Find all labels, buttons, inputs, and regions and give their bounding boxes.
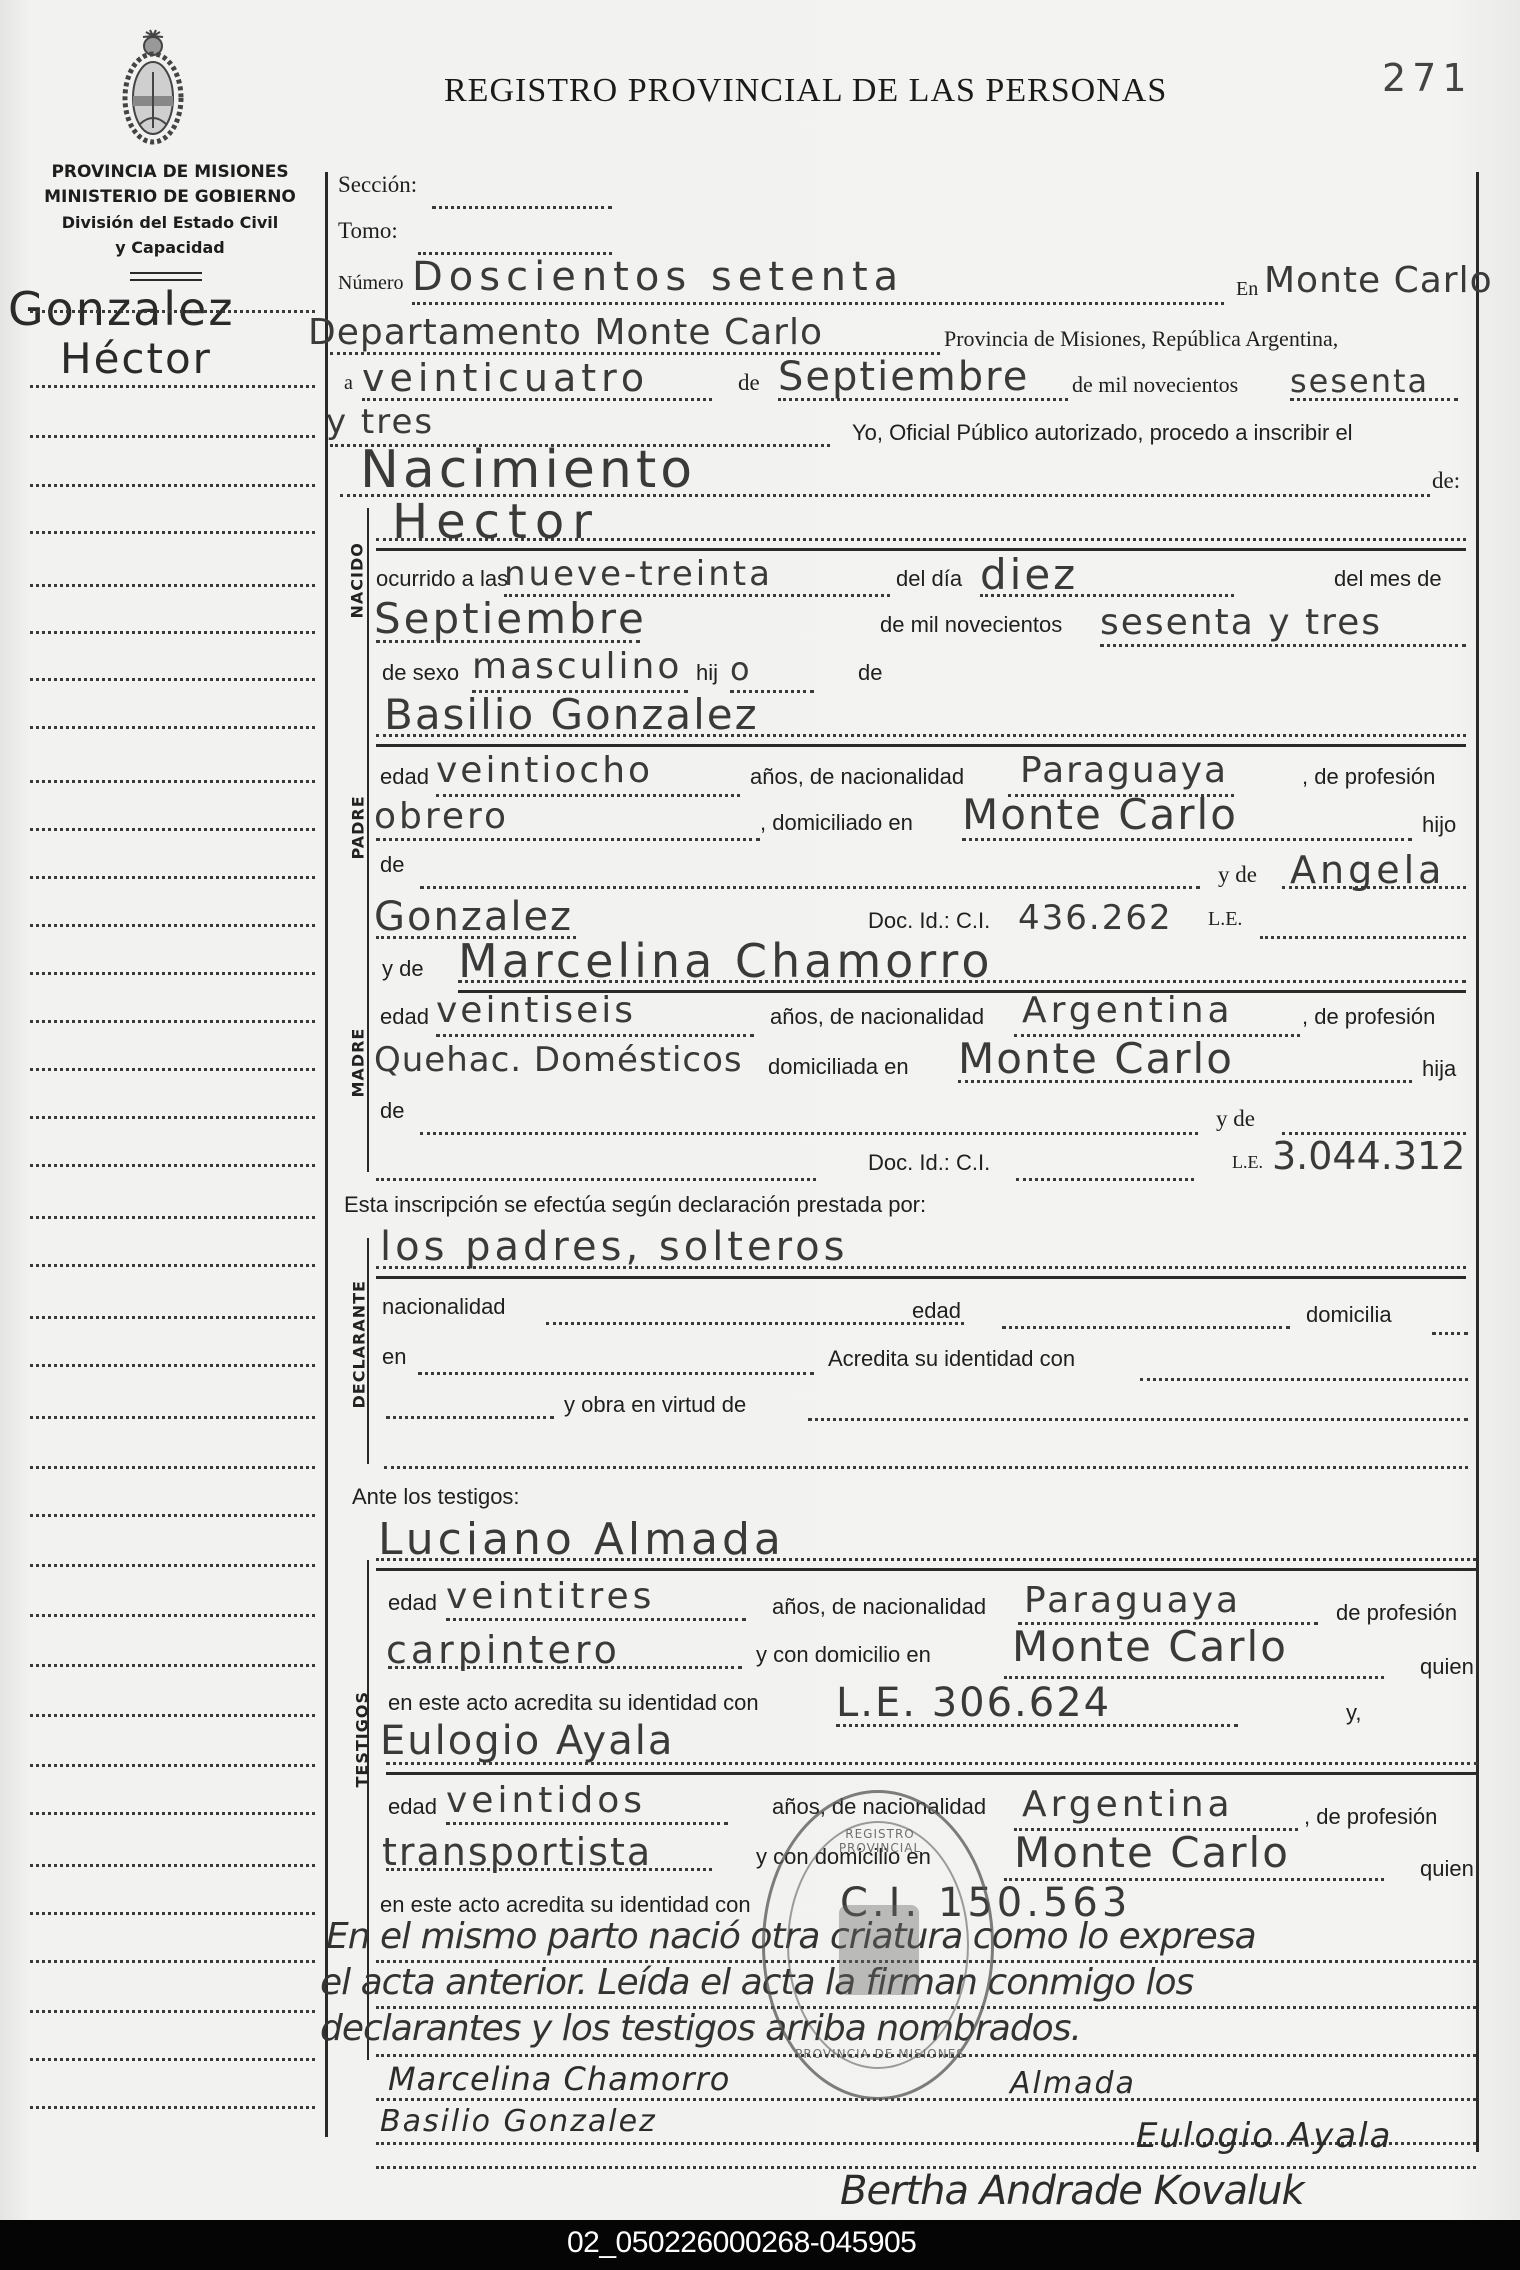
domiciliado-label: , domiciliado en xyxy=(760,810,913,836)
hora-value: nueve-treinta xyxy=(504,554,773,594)
scan-id: 02_050226000268-045905 xyxy=(567,2226,916,2260)
signature-basilio: Basilio Gonzalez xyxy=(380,2104,657,2139)
padre-nacionalidad-value: Paraguaya xyxy=(1020,750,1228,791)
numero-value: Doscientos setenta xyxy=(412,254,904,300)
organization-block: PROVINCIA DE MISIONES MINISTERIO DE GOBI… xyxy=(28,160,312,260)
testigo2-edad-value: veintidos xyxy=(446,1780,646,1821)
padre-edad-value: veintiocho xyxy=(436,750,653,791)
madre-profesion-value: Quehac. Domésticos xyxy=(374,1040,743,1080)
madre-nacionalidad-value: Argentina xyxy=(1022,990,1234,1031)
declarante-acredita-field[interactable] xyxy=(1140,1378,1468,1381)
declarante-nacionalidad-label: nacionalidad xyxy=(382,1294,506,1320)
madre-le-label: L.E. xyxy=(1232,1152,1263,1173)
declarante-edad-field[interactable] xyxy=(1002,1326,1290,1329)
testigo1-nacionalidad-value: Paraguaya xyxy=(1024,1580,1241,1621)
signature-official: Bertha Andrade Kovaluk xyxy=(840,2168,1304,2214)
nacido-mil-label: de mil novecientos xyxy=(880,612,1062,638)
declarante-intro: Esta inscripción se efectúa según declar… xyxy=(344,1192,926,1218)
declarante-domicilia-label: domicilia xyxy=(1306,1302,1392,1328)
padre-y-de-label: y de xyxy=(1218,862,1257,888)
declarante-nacionalidad-field[interactable] xyxy=(546,1322,964,1325)
de-label: de xyxy=(738,370,760,396)
anio-value-1: sesenta xyxy=(1290,362,1429,400)
madre-de-label: de xyxy=(380,1098,404,1124)
testigo1-anios-label: años, de nacionalidad xyxy=(772,1594,986,1620)
a-label: a xyxy=(344,372,353,395)
seccion-field[interactable] xyxy=(432,206,612,209)
declarante-obra-label: y obra en virtud de xyxy=(564,1392,746,1418)
nacido-anio-value: sesenta y tres xyxy=(1100,602,1382,643)
testigos-intro: Ante los testigos: xyxy=(352,1484,520,1510)
testigo2-nacionalidad-value: Argentina xyxy=(1022,1784,1234,1825)
madre-y-de-label: y de xyxy=(382,956,424,982)
madre-anios-label: años, de nacionalidad xyxy=(770,1004,984,1030)
nacido-section-label: NACIDO xyxy=(348,549,367,619)
en-value: Monte Carlo xyxy=(1264,260,1493,301)
declarante-value: los padres, solteros xyxy=(380,1224,848,1270)
testigo2-name: Eulogio Ayala xyxy=(380,1718,674,1764)
testigo1-edad-label: edad xyxy=(388,1590,437,1616)
ocurrido-label: ocurrido a las xyxy=(376,566,508,592)
margin-surname: Gonzalez xyxy=(8,282,235,336)
padre-profesion-value: obrero xyxy=(374,796,509,837)
acto-value: Nacimiento xyxy=(360,440,696,500)
nacido-de-label: de xyxy=(858,660,882,686)
testigo1-id-value: L.E. 306.624 xyxy=(836,1680,1111,1726)
oficial-text: Yo, Oficial Público autorizado, procedo … xyxy=(852,420,1353,446)
stamp-text-top: REGISTRO PROVINCIAL xyxy=(805,1827,955,1855)
testigo1-acredita-label: en este acto acredita su identidad con xyxy=(388,1690,759,1716)
testigo1-edad-value: veintitres xyxy=(446,1576,655,1617)
testigos-section-label: TESTIGOS xyxy=(353,1692,372,1788)
declarante-obra-field[interactable] xyxy=(808,1418,1468,1421)
numero-label: Número xyxy=(338,272,404,295)
scan-id-footer: 02_050226000268-045905 xyxy=(0,2220,1520,2270)
padre-de-field[interactable] xyxy=(420,886,1200,889)
declarante-section-label: DECLARANTE xyxy=(350,1299,369,1409)
del-dia-label: del día xyxy=(896,566,962,592)
testigo2-acredita-label: en este acto acredita su identidad con xyxy=(380,1892,751,1918)
anio-value-2: y tres xyxy=(326,402,434,442)
testigo2-quien-label: quien xyxy=(1420,1856,1474,1882)
org-division: División del Estado Civil xyxy=(28,210,312,235)
margin-given-name: Héctor xyxy=(60,334,212,383)
domiciliada-label: domiciliada en xyxy=(768,1054,909,1080)
madre-doc-label: Doc. Id.: C.I. xyxy=(868,1150,990,1176)
coat-of-arms-icon xyxy=(118,28,188,156)
document-title: REGISTRO PROVINCIAL DE LAS PERSONAS xyxy=(444,72,1167,110)
signature-marcelina: Marcelina Chamorro xyxy=(388,2060,730,2098)
org-province: PROVINCIA DE MISIONES xyxy=(28,160,312,185)
seccion-label: Sección: xyxy=(338,172,417,198)
testigo1-quien-label: quien xyxy=(1420,1654,1474,1680)
testigo1-domicilio-value: Monte Carlo xyxy=(1012,1622,1288,1671)
padre-de-label: de xyxy=(380,852,404,878)
de-colon: de: xyxy=(1432,468,1460,494)
madre-edad-label: edad xyxy=(380,1004,429,1030)
madre-hija-label: hija xyxy=(1422,1056,1456,1082)
stamp-crest-icon xyxy=(839,1905,919,1995)
padre-hijo-label: hijo xyxy=(1422,812,1456,838)
en-label: En xyxy=(1236,278,1258,301)
padre-name: Basilio Gonzalez xyxy=(384,690,759,739)
padre-le-label: L.E. xyxy=(1208,908,1242,931)
tomo-label: Tomo: xyxy=(338,218,398,244)
provincia-text: Provincia de Misiones, República Argenti… xyxy=(944,326,1338,352)
nacido-dia-value: diez xyxy=(980,550,1078,599)
declarante-acredita-label: Acredita su identidad con xyxy=(828,1346,1075,1372)
sexo-label: de sexo xyxy=(382,660,459,686)
declarante-en-label: en xyxy=(382,1344,406,1370)
madre-section-label: MADRE xyxy=(349,1042,368,1098)
official-stamp: REGISTRO PROVINCIAL PROVINCIA DE MISIONE… xyxy=(762,1790,994,2100)
hijo-label: hij xyxy=(696,660,718,686)
page-number: 271 xyxy=(1382,56,1473,100)
nacido-name: Hector xyxy=(392,494,600,550)
testigo1-domicilio-label: y con domicilio en xyxy=(756,1642,931,1668)
padre-doc-value: 436.262 xyxy=(1018,898,1173,938)
del-mes-label: del mes de xyxy=(1334,566,1442,592)
signature-almada: Almada xyxy=(1010,2066,1136,2101)
madre-y-de2-label: y de xyxy=(1216,1106,1255,1132)
madre-edad-value: veintiseis xyxy=(436,990,636,1031)
mes-value: Septiembre xyxy=(778,354,1029,400)
sexo-value: masculino xyxy=(472,646,682,687)
padre-section-label: PADRE xyxy=(349,804,368,860)
document-page: REGISTRO PROVINCIAL DE LAS PERSONAS 271 … xyxy=(0,0,1520,2220)
dia-value: veinticuatro xyxy=(362,356,649,400)
testigo1-profesion-label: de profesión xyxy=(1336,1600,1457,1626)
madre-ci-field[interactable] xyxy=(1016,1178,1194,1181)
testigo1-y-label: y, xyxy=(1346,1700,1361,1726)
mil-label: de mil novecientos xyxy=(1072,372,1238,398)
padre-anios-label: años, de nacionalidad xyxy=(750,764,964,790)
madre-de-field[interactable] xyxy=(420,1132,1198,1135)
padre-doc-label: Doc. Id.: C.I. xyxy=(868,908,990,934)
hijo-suffix: o xyxy=(730,650,752,688)
padre-le-field[interactable] xyxy=(1260,936,1466,939)
testigo2-edad-label: edad xyxy=(388,1794,437,1820)
nacido-mes-value: Septiembre xyxy=(374,594,647,643)
declarante-en-field[interactable] xyxy=(418,1372,814,1375)
closing-note-line2: el acta anterior. Leída el acta la firma… xyxy=(320,1962,1193,2003)
declarante-edad-label: edad xyxy=(912,1298,961,1324)
signature-eulogio: Eulogio Ayala xyxy=(1136,2116,1392,2156)
madre-domicilio-value: Monte Carlo xyxy=(958,1034,1234,1083)
madre-profesion-label: , de profesión xyxy=(1302,1004,1435,1030)
testigo2-domicilio-value: Monte Carlo xyxy=(1014,1828,1290,1877)
org-ministry: MINISTERIO DE GOBIERNO xyxy=(28,185,312,210)
padre-domicilio-value: Monte Carlo xyxy=(962,790,1238,839)
testigo2-profesion-label: , de profesión xyxy=(1304,1804,1437,1830)
departamento-value: Departamento Monte Carlo xyxy=(308,312,823,353)
padre-edad-label: edad xyxy=(380,764,429,790)
stamp-text-bottom: PROVINCIA DE MISIONES xyxy=(795,2047,965,2061)
madre-le-value: 3.044.312 xyxy=(1272,1134,1465,1178)
padre-profesion-label: , de profesión xyxy=(1302,764,1435,790)
org-capacity: y Capacidad xyxy=(28,235,312,260)
